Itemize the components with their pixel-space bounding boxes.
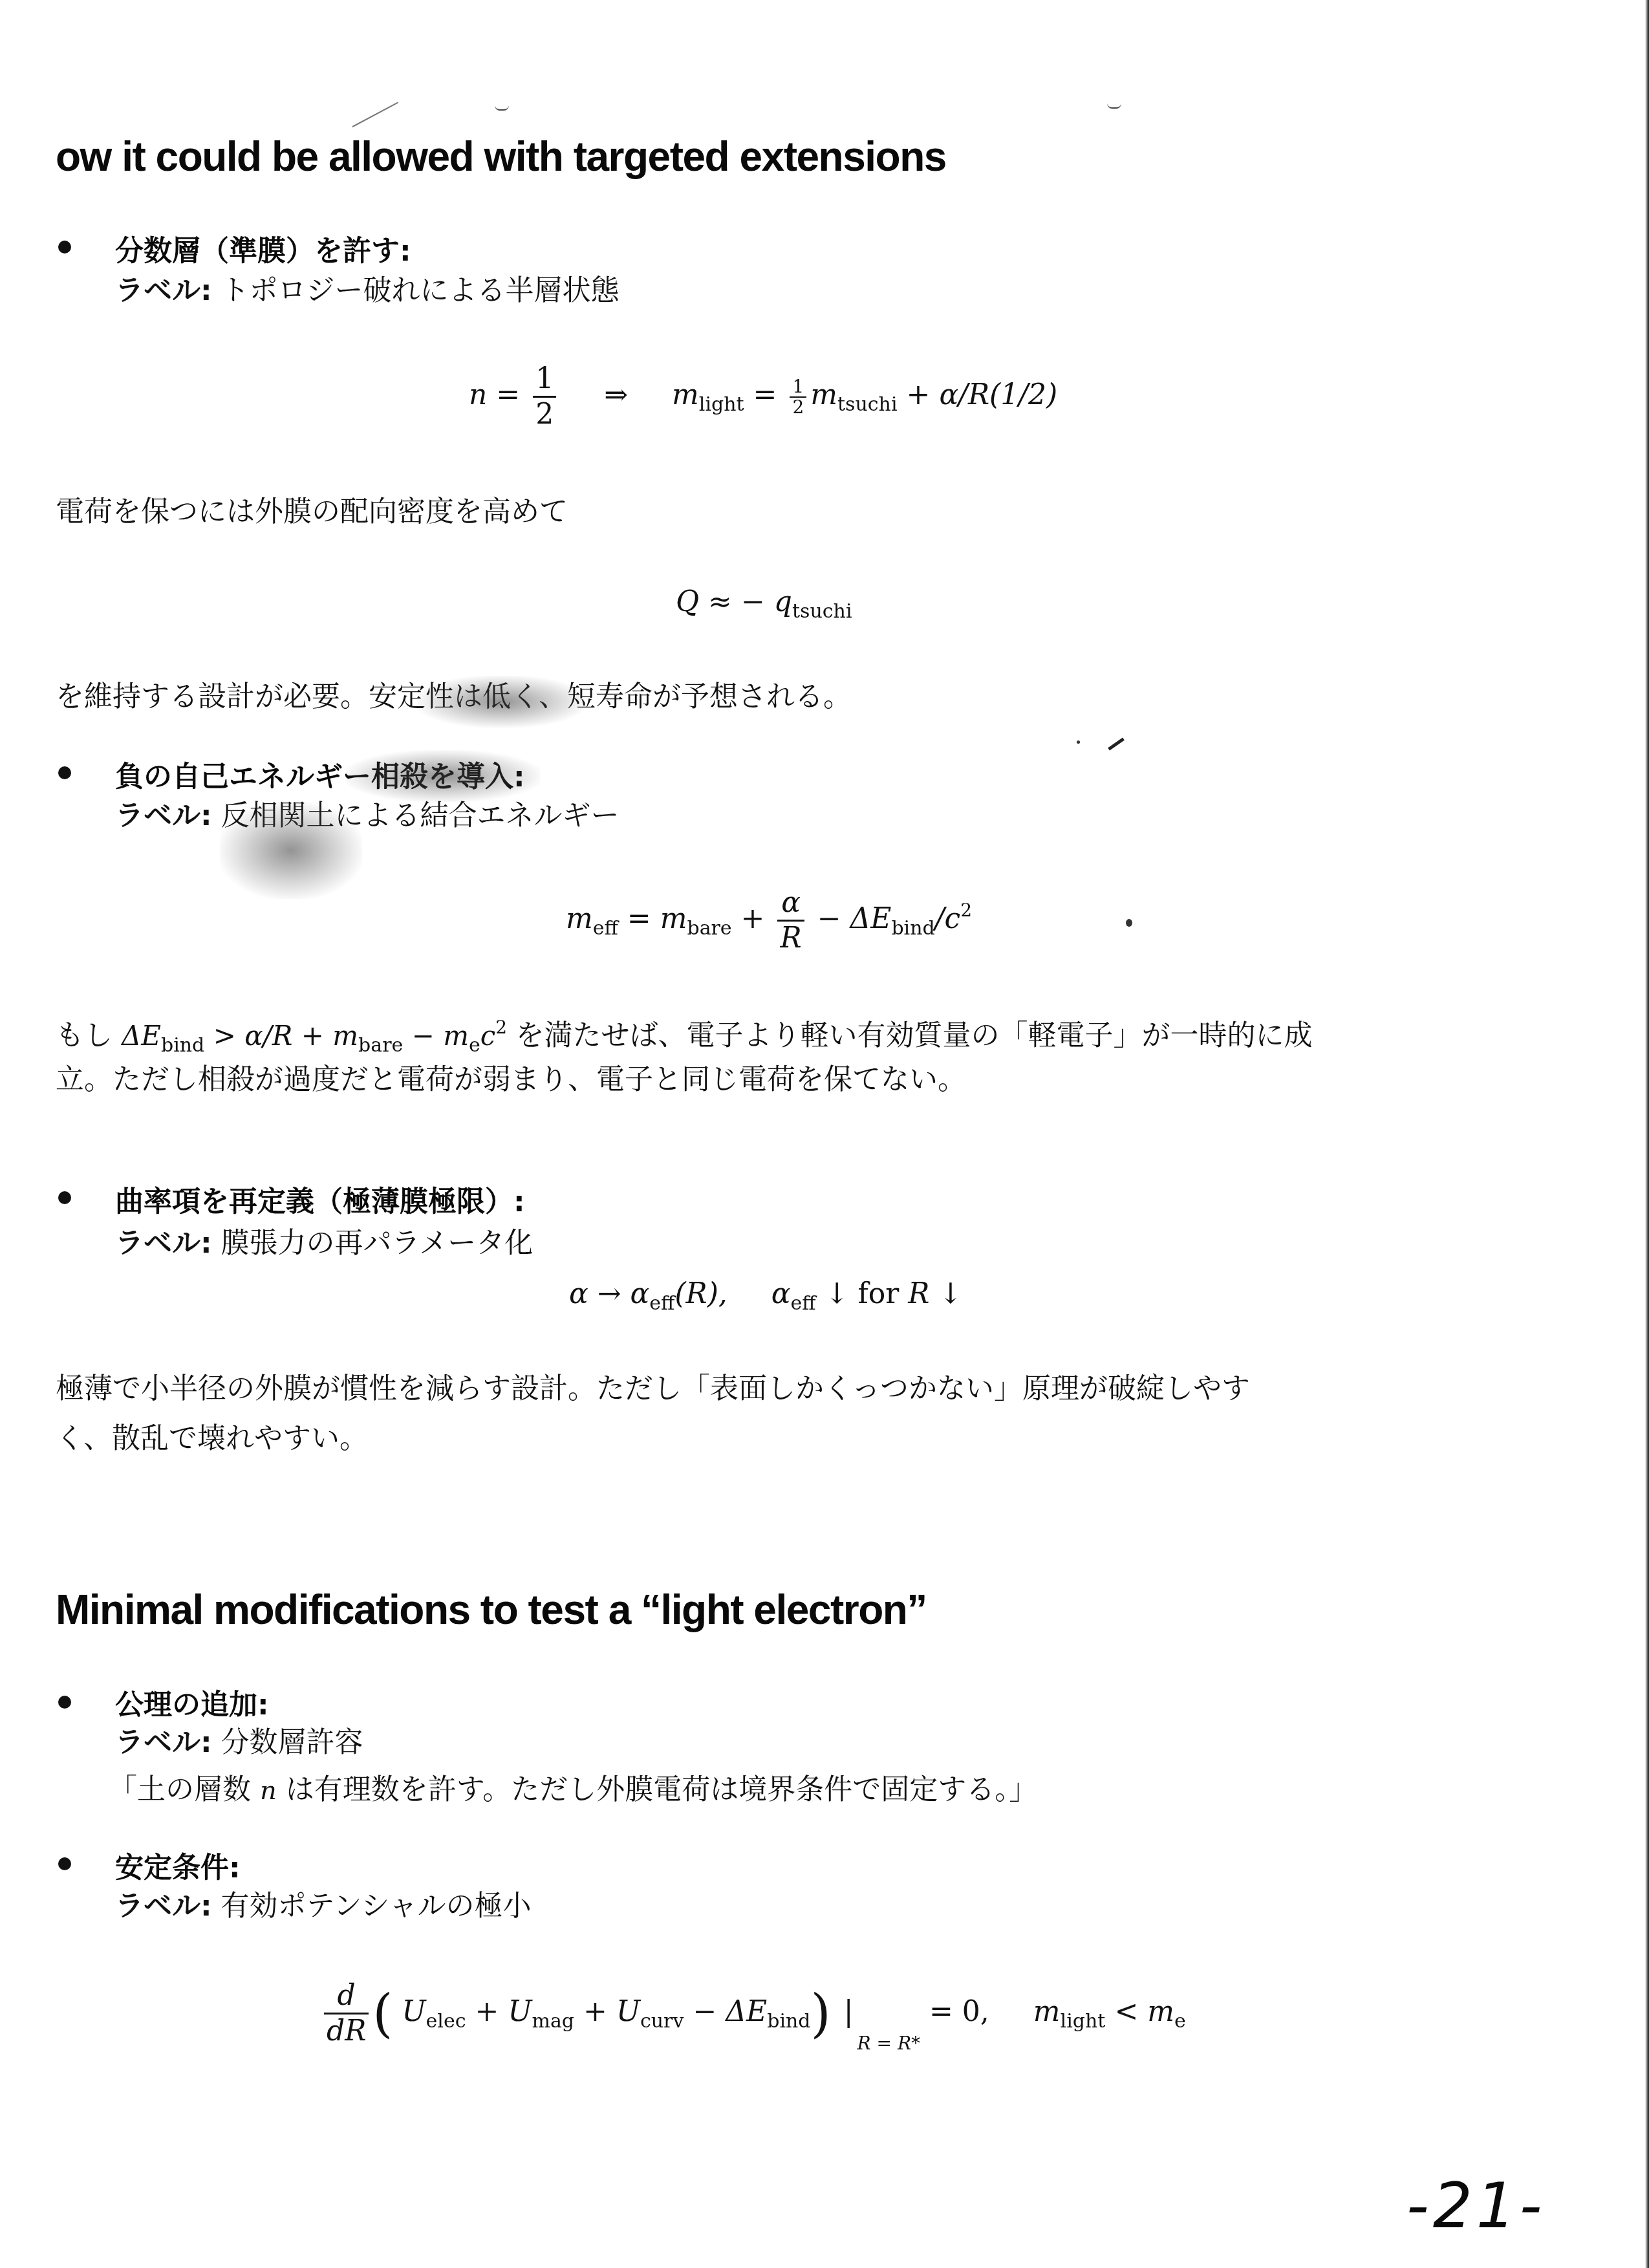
math-sub: e (1174, 2010, 1186, 2033)
text: もし (56, 1019, 113, 1052)
math-var: m (660, 902, 687, 935)
bullet-title-self-energy: 負の自己エネルギー相殺を導入: (115, 753, 525, 795)
equation-charge-approx: Q ≈ − qtsuchi (676, 585, 852, 618)
paren-close: ) (811, 1983, 831, 2044)
bullet-title-fractional-layer: 分数層（準膜）を許す: (115, 228, 411, 269)
math-op: − (741, 585, 765, 618)
math-op: = (627, 902, 651, 935)
math-op: − (817, 902, 841, 935)
math-var: (R), (674, 1277, 727, 1310)
bullet-icon (58, 241, 71, 254)
math-sub: elec (426, 2010, 466, 2033)
math-op: ≈ (708, 585, 732, 618)
frac-num: 1 (533, 362, 556, 396)
math-var: R (908, 1277, 929, 1310)
math-sub: mag (532, 2010, 574, 2033)
label-value: トポロジー破れによる半層状態 (221, 274, 620, 307)
label-key: ラベル: (115, 1726, 212, 1759)
label-value: 分数層許容 (221, 1726, 363, 1759)
text: は有理数を許す。ただし外膜電荷は境界条件で固定する。」 (286, 1773, 1037, 1806)
math-sub: curv (640, 2010, 684, 2033)
math-var: α (771, 1277, 791, 1310)
scan-mark (1108, 737, 1125, 750)
math-var: ΔE (850, 902, 892, 935)
label-key: ラベル: (115, 799, 212, 832)
label-value: 膜張力の再パラメータ化 (221, 1227, 533, 1260)
math-text: for (858, 1277, 900, 1310)
scan-stroke (352, 102, 399, 127)
fraction-small-half: 1 2 (790, 377, 806, 417)
fraction-half: 1 2 (533, 362, 556, 431)
evaluation-bar: | (844, 1995, 854, 2028)
math-var: m (810, 378, 837, 411)
evaluation-point: R = R* (857, 2033, 920, 2054)
math-var: α (569, 1277, 588, 1310)
paragraph-thin-membrane: 極薄で小半径の外膜が慣性を減らす設計。ただし「表面しかくっつかない」原理が破綻し… (56, 1370, 1250, 1409)
math-sub: eff (593, 917, 618, 940)
math-sub: bare (687, 917, 731, 940)
fraction-derivative: d dR (324, 1979, 369, 2048)
implies-arrow-icon: ⇒ (604, 378, 628, 411)
bullet-icon (58, 1696, 71, 1709)
math-op: − (693, 1995, 717, 2028)
math-sub: eff (649, 1292, 674, 1315)
bullet-icon (58, 1191, 71, 1204)
bullet-title-curvature: 曲率項を再定義（極薄膜極限）: (115, 1178, 525, 1220)
arrow-down-icon: ↓ (938, 1277, 962, 1310)
math-sub: light (1061, 2010, 1106, 2033)
section-heading-minimal-modifications: Minimal modifications to test a “light e… (56, 1586, 927, 1634)
equation-alpha-effective: α → αeff(R), αeff ↓ for R ↓ (569, 1277, 962, 1310)
bullet-title-stability: 安定条件: (115, 1844, 241, 1886)
bullet-label-fractional-layer: ラベル: トポロジー破れによる半層状態 (115, 272, 620, 310)
equation-stability-condition: d dR ( Uelec + Umag + Ucurv − ΔEbind) |R… (320, 1979, 1186, 2048)
math-var: n (469, 378, 487, 411)
math-var: U (402, 1995, 426, 2028)
frac-den: dR (324, 2014, 369, 2048)
page-number: -21- (1406, 2170, 1546, 2242)
math-op: = (496, 378, 520, 411)
label-key: ラベル: (115, 1890, 212, 1923)
scan-mark (495, 105, 509, 111)
axiom-quote: 「土の層数 n は有理数を許す。ただし外膜電荷は境界条件で固定する。」 (109, 1771, 1037, 1810)
scan-mark (1107, 103, 1121, 109)
frac-num: 1 (790, 377, 806, 396)
paragraph-stability-note: を維持する設計が必要。安定性は低く、短寿命が予想される。 (56, 678, 852, 717)
math-var: /c (935, 902, 960, 935)
bullet-label-self-energy: ラベル: 反相関土による結合エネルギー (115, 797, 620, 836)
math-op: = 0, (929, 1995, 989, 2028)
math-var: q (774, 585, 792, 618)
math-op: + (583, 1995, 607, 2028)
paragraph-charge-retention: 電荷を保つには外膜の配向密度を高めて (56, 493, 568, 532)
bullet-icon (58, 766, 71, 779)
inline-math-condition: ΔEbind > α/R + mbare − mec2 (122, 1020, 515, 1052)
math-var: U (508, 1995, 532, 2028)
math-var: m (672, 378, 699, 411)
frac-den: 2 (533, 398, 556, 431)
math-tail: + α/R(1/2) (907, 378, 1058, 411)
paragraph-thin-membrane-line2: く、散乱で壊れやすい。 (56, 1420, 368, 1458)
scan-mark (1077, 740, 1080, 744)
math-var: Q (676, 585, 699, 618)
math-sub: light (699, 393, 744, 416)
math-op: < (1114, 1995, 1138, 2028)
math-var: m (1147, 1995, 1174, 2028)
frac-num: α (779, 886, 803, 920)
text: 「土の層数 (109, 1773, 251, 1806)
paragraph-light-electron-line2: 立。ただし相殺が過度だと電荷が弱まり、電子と同じ電荷を保てない。 (56, 1061, 966, 1099)
arrow-down-icon: ↓ (825, 1277, 849, 1310)
math-var: α (630, 1277, 650, 1310)
math-sub: bind (767, 2010, 810, 2033)
fraction-alpha-over-r: α R (777, 886, 804, 955)
math-var: n (260, 1776, 277, 1806)
frac-num: d (335, 1979, 358, 2013)
math-var: m (566, 902, 593, 935)
math-sub: tsuchi (837, 393, 898, 416)
paragraph-light-electron-condition: もし ΔEbind > α/R + mbare − mec2 を満たせば、電子よ… (56, 1017, 1312, 1055)
math-op: + (475, 1995, 499, 2028)
bullet-label-stability: ラベル: 有効ポテンシャルの極小 (115, 1887, 531, 1926)
math-sub: bind (891, 917, 934, 940)
math-op: + (741, 902, 765, 935)
math-sub: tsuchi (792, 600, 852, 623)
math-var: m (1033, 1995, 1061, 2028)
math-var: U (616, 1995, 640, 2028)
label-value: 有効ポテンシャルの極小 (221, 1890, 532, 1923)
bullet-label-curvature: ラベル: 膜張力の再パラメータ化 (115, 1224, 533, 1263)
page-edge-shadow (1644, 0, 1649, 2268)
frac-den: R (777, 922, 804, 955)
bullet-icon (58, 1857, 71, 1870)
frac-den: 2 (790, 398, 806, 417)
section-heading-extensions: ow it could be allowed with targeted ext… (56, 133, 946, 180)
arrow-right-icon: → (598, 1277, 621, 1310)
math-op: = (753, 378, 777, 411)
paren-open: ( (372, 1983, 393, 2044)
equation-half-layer-mass: n = 1 2 ⇒ mlight = 1 2 mtsuchi + α/R(1/2… (469, 362, 1057, 431)
bullet-label-axiom: ラベル: 分数層許容 (115, 1723, 363, 1762)
label-value: 反相関土による結合エネルギー (221, 799, 620, 832)
equation-effective-mass: meff = mbare + α R − ΔEbind/c2 (566, 886, 972, 955)
label-key: ラベル: (115, 274, 212, 307)
math-sub: eff (791, 1292, 816, 1315)
label-key: ラベル: (115, 1227, 212, 1260)
math-sup: 2 (960, 900, 972, 921)
math-var: ΔE (726, 1995, 767, 2028)
bullet-title-axiom: 公理の追加: (115, 1681, 269, 1723)
text: を満たせば、電子より軽い有効質量の「軽電子」が一時的に成 (515, 1019, 1312, 1052)
scan-mark (1126, 919, 1132, 927)
